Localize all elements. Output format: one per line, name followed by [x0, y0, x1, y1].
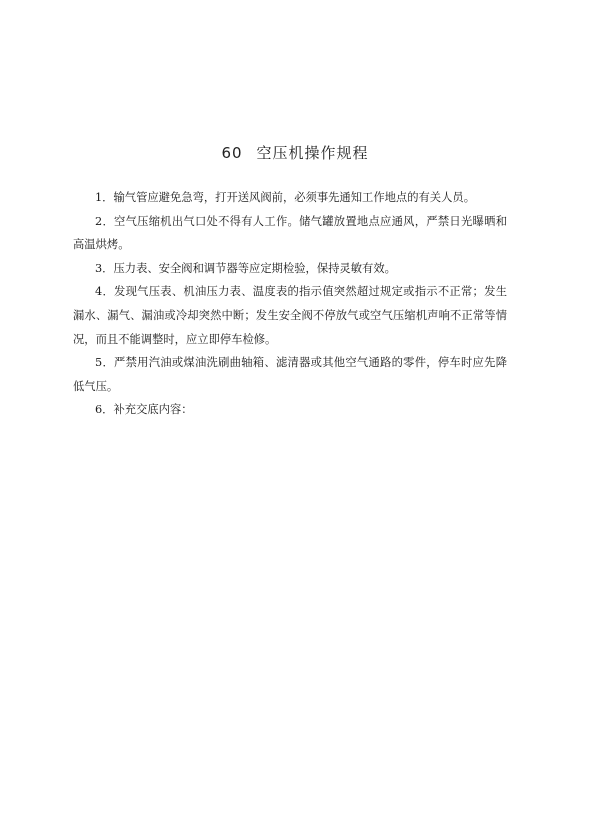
- rule-item-6: 6．补充交底内容：: [73, 398, 507, 422]
- document-body: 1．输气管应避免急弯，打开送风阀前，必须事先通知工作地点的有关人员。 2．空气压…: [73, 186, 507, 422]
- rule-item-5: 5．严禁用汽油或煤油洗刷曲轴箱、滤清器或其他空气通路的零件，停车时应先降低气压。: [73, 351, 507, 398]
- title-text: 空压机操作规程: [257, 144, 369, 162]
- page-title: 60空压机操作规程: [0, 142, 590, 163]
- title-number: 60: [221, 144, 242, 162]
- rule-item-2: 2．空气压缩机出气口处不得有人工作。储气罐放置地点应通风，严禁日光曝晒和高温烘烤…: [73, 210, 507, 257]
- document-page: 60空压机操作规程 1．输气管应避免急弯，打开送风阀前，必须事先通知工作地点的有…: [0, 0, 590, 835]
- rule-item-3: 3．压力表、安全阀和调节器等应定期检验，保持灵敏有效。: [73, 257, 507, 281]
- rule-item-4: 4．发现气压表、机油压力表、温度表的指示值突然超过规定或指示不正常；发生漏水、漏…: [73, 280, 507, 351]
- rule-item-1: 1．输气管应避免急弯，打开送风阀前，必须事先通知工作地点的有关人员。: [73, 186, 507, 210]
